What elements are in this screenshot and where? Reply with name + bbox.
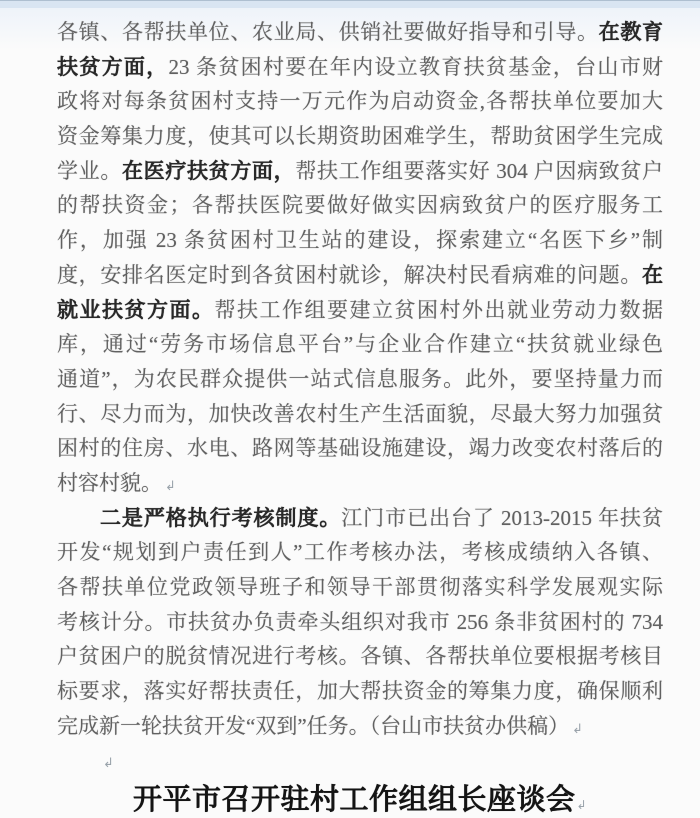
article-heading: 开平市召开驻村工作组组长座谈会↲ [57, 780, 663, 818]
article-heading-text: 开平市召开驻村工作组组长座谈会 [133, 784, 576, 816]
text-run-bold: 在医疗扶贫方面， [122, 159, 295, 183]
text-line: 资金筹集力度，使其可以长期资助困难学生，帮助贫困学生完成 [57, 119, 663, 154]
paragraph-mark-icon: ↲ [165, 479, 176, 494]
text-run-bold: 二是严格执行考核制度。 [100, 506, 341, 530]
text-run: 考核计分。市扶贫办负责牵头组织对我市 256 条非贫困村的 734 [57, 610, 663, 634]
text-run: 各帮扶单位党政领导班子和领导干部贯彻落实科学发展观实际 [57, 575, 663, 599]
text-run-bold: 在 [642, 263, 663, 287]
text-run-bold: 就业扶贫方面。 [57, 298, 215, 322]
text-run: 村容村貌。 [57, 471, 162, 495]
scanned-document-page: 各镇、各帮扶单位、农业局、供销社要做好指导和引导。在教育扶贫方面，23 条贫困村… [0, 0, 700, 818]
text-run: 帮扶工作组要建立贫困村外出就业劳动力数据 [215, 298, 664, 322]
text-line: 扶贫方面，23 条贫困村要在年内设立教育扶贫基金，台山市财 [57, 50, 663, 85]
text-line: 作，加强 23 条贫困村卫生站的建设，探索建立“名医下乡”制 [57, 223, 663, 258]
text-line: 就业扶贫方面。帮扶工作组要建立贫困村外出就业劳动力数据 [57, 293, 663, 328]
text-line: 困村的住房、水电、路网等基础设施建设，竭力改变农村落后的 [57, 431, 663, 466]
text-run: 开发“规划到户责任到人”工作考核办法，考核成绩纳入各镇、 [57, 540, 663, 564]
text-line: 的帮扶资金；各帮扶医院要做好做实因病致贫户的医疗服务工 [57, 188, 663, 223]
text-line: 二是严格执行考核制度。江门市已出台了 2013-2015 年扶贫 [57, 501, 663, 536]
text-run: 户贫困户的脱贫情况进行考核。各镇、各帮扶单位要根据考核目 [57, 644, 663, 668]
text-run: 通道”，为农民群众提供一站式信息服务。此外，要坚持量力而 [57, 367, 663, 391]
text-line: 完成新一轮扶贫开发“双到”任务。（台山市扶贫办供稿）↲ [57, 709, 663, 744]
scan-edge-band [0, 0, 700, 8]
text-line: 开发“规划到户责任到人”工作考核办法，考核成绩纳入各镇、 [57, 535, 663, 570]
text-run: 各镇、各帮扶单位、农业局、供销社要做好指导和引导。 [57, 20, 599, 44]
text-run: 政将对每条贫困村支持一万元作为启动资金,各帮扶单位要加大 [57, 89, 663, 113]
text-run-bold: 扶贫方面， [57, 55, 169, 79]
text-run: 完成新一轮扶贫开发“双到”任务。（台山市扶贫办供稿） [57, 714, 569, 738]
text-run: 帮扶工作组要落实好 304 户因病致贫户 [295, 159, 663, 183]
text-line: 考核计分。市扶贫办负责牵头组织对我市 256 条非贫困村的 734 [57, 605, 663, 640]
text-run: 学业。 [57, 159, 122, 183]
text-run: 标要求，落实好帮扶责任，加大帮扶资金的筹集力度，确保顺利 [57, 679, 663, 703]
text-line: 标要求，落实好帮扶责任，加大帮扶资金的筹集力度，确保顺利 [57, 674, 663, 709]
text-line: 各帮扶单位党政领导班子和领导干部贯彻落实科学发展观实际 [57, 570, 663, 605]
text-run: 资金筹集力度，使其可以长期资助困难学生，帮助贫困学生完成 [57, 124, 663, 148]
text-line: 学业。在医疗扶贫方面，帮扶工作组要落实好 304 户因病致贫户 [57, 154, 663, 189]
text-line: 库，通过“劳务市场信息平台”与企业合作建立“扶贫就业绿色 [57, 327, 663, 362]
document-body: 各镇、各帮扶单位、农业局、供销社要做好指导和引导。在教育扶贫方面，23 条贫困村… [57, 8, 663, 818]
text-run: 23 条贫困村要在年内设立教育扶贫基金，台山市财 [169, 55, 664, 79]
text-run: 困村的住房、水电、路网等基础设施建设，竭力改变农村落后的 [57, 436, 663, 460]
text-line: 行、尽力而为，加快改善农村生产生活面貌，尽最大努力加强贫 [57, 397, 663, 432]
text-line: 户贫困户的脱贫情况进行考核。各镇、各帮扶单位要根据考核目 [57, 639, 663, 674]
text-line: 政将对每条贫困村支持一万元作为启动资金,各帮扶单位要加大 [57, 84, 663, 119]
text-run: 度，安排名医定时到各贫困村就诊，解决村民看病难的问题。 [57, 263, 642, 287]
text-line: 各镇、各帮扶单位、农业局、供销社要做好指导和引导。在教育 [57, 15, 663, 50]
paragraph-mark-icon: ↲ [576, 798, 587, 812]
text-run: 行、尽力而为，加快改善农村生产生活面貌，尽最大努力加强贫 [57, 402, 663, 426]
text-run: 的帮扶资金；各帮扶医院要做好做实因病致贫户的医疗服务工 [57, 193, 663, 217]
text-run: 库，通过“劳务市场信息平台”与企业合作建立“扶贫就业绿色 [57, 332, 663, 356]
text-run: 作，加强 23 条贫困村卫生站的建设，探索建立“名医下乡”制 [57, 228, 663, 252]
text-run-bold: 在教育 [599, 20, 663, 44]
text-line: 通道”，为农民群众提供一站式信息服务。此外，要坚持量力而 [57, 362, 663, 397]
text-line: 村容村貌。↲ [57, 466, 663, 501]
text-line: 度，安排名医定时到各贫困村就诊，解决村民看病难的问题。在 [57, 258, 663, 293]
paragraph-mark-icon: ↲ [103, 756, 114, 771]
blank-line: ↲ [57, 743, 663, 778]
paragraph-mark-icon: ↲ [572, 722, 583, 737]
text-run: 江门市已出台了 2013-2015 年扶贫 [341, 506, 663, 530]
